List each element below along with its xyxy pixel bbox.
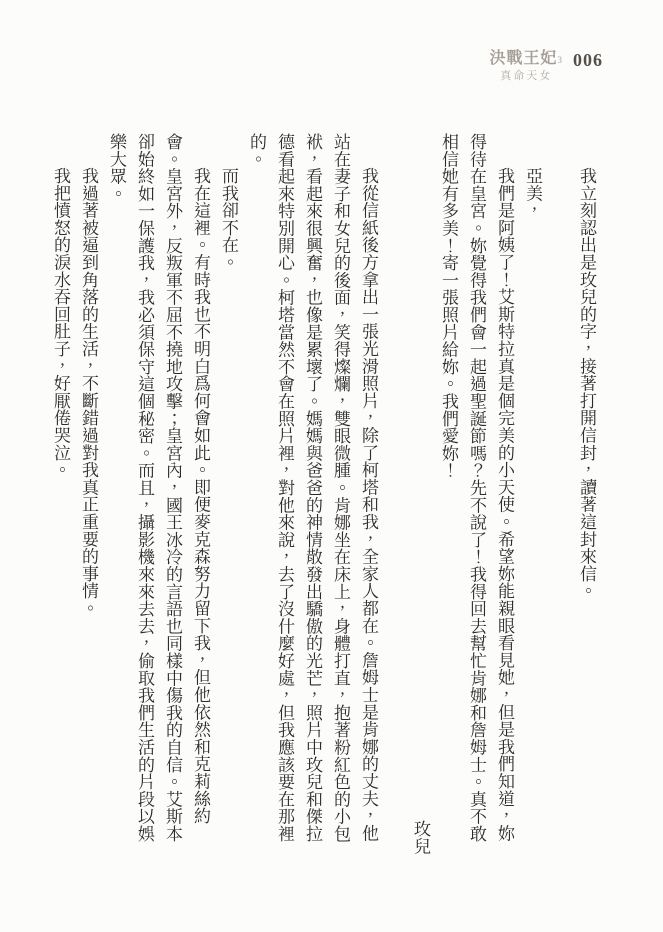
letter-body: 我們是阿姨了！艾斯特拉真是個完美的小天使。希望妳能親眼看見她，但是我們知道，妳得… — [434, 133, 518, 855]
volume-number: 3 — [558, 55, 564, 65]
body-text: 我立刻認出是玫兒的字，接著打開信封，讀著這封來信。 亞美， 我們是阿姨了！艾斯特… — [88, 133, 600, 855]
paragraph: 我過著被逼到角落的生活，不斷錯過對我真正重要的事情。 — [74, 133, 102, 855]
book-page: 決戰王妃3 真命天女 006 我立刻認出是玫兒的字，接著打開信封，讀著這封來信。… — [0, 0, 663, 932]
letter-block: 亞美， 我們是阿姨了！艾斯特拉真是個完美的小天使。希望妳能親眼看見她，但是我們知… — [406, 133, 546, 855]
paragraph: 我立刻認出是玫兒的字，接著打開信封，讀著這封來信。 — [572, 133, 600, 855]
paragraph: 我在這裡。有時我也不明白爲何會如此。即便麥克森努力留下我，但他依然和克莉絲約會。… — [102, 133, 214, 855]
series-subtitle: 真命天女 — [500, 70, 552, 82]
letter-salutation: 亞美， — [518, 133, 546, 855]
paragraph: 我從信紙後方拿出一張光滑照片，除了柯塔和我，全家人都在。詹姆士是肯娜的丈夫，他站… — [242, 133, 382, 855]
letter-signature: 玫兒 — [406, 133, 434, 855]
running-head: 決戰王妃3 真命天女 006 — [489, 50, 603, 82]
series-title-text: 決戰王妃 — [489, 50, 557, 67]
running-head-titles: 決戰王妃3 真命天女 — [489, 50, 563, 82]
page-number: 006 — [573, 50, 603, 69]
series-title: 決戰王妃3 — [489, 50, 563, 68]
paragraph: 我把憤怒的淚水吞回肚子，好厭倦哭泣。 — [46, 133, 74, 855]
paragraph: 而我卻不在。 — [214, 133, 242, 855]
